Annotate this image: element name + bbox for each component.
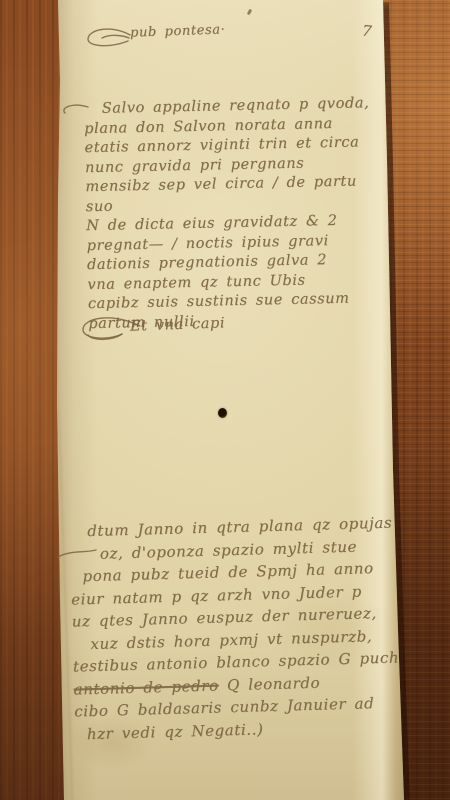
closing-note: Et vna capi — [130, 315, 226, 334]
manuscript-line: mensibz sep vel circa / de partu suo — [85, 172, 388, 217]
after-struck-text: Q leonardo — [227, 673, 321, 694]
upper-entry-block: Salvo appaline reqnato p qvoda, plana do… — [84, 94, 391, 334]
paraph-flourish-icon — [84, 26, 132, 52]
manuscript-photo: pub pontesa· 7 Salvo appaline reqnato p … — [0, 0, 450, 800]
lower-entry-block: dtum Janno in qtra plana qz opujas oz, d… — [69, 511, 403, 745]
folio-number: 7 — [361, 22, 373, 41]
worm-hole — [218, 408, 227, 418]
struck-text: antonio de pedro — [73, 676, 219, 698]
